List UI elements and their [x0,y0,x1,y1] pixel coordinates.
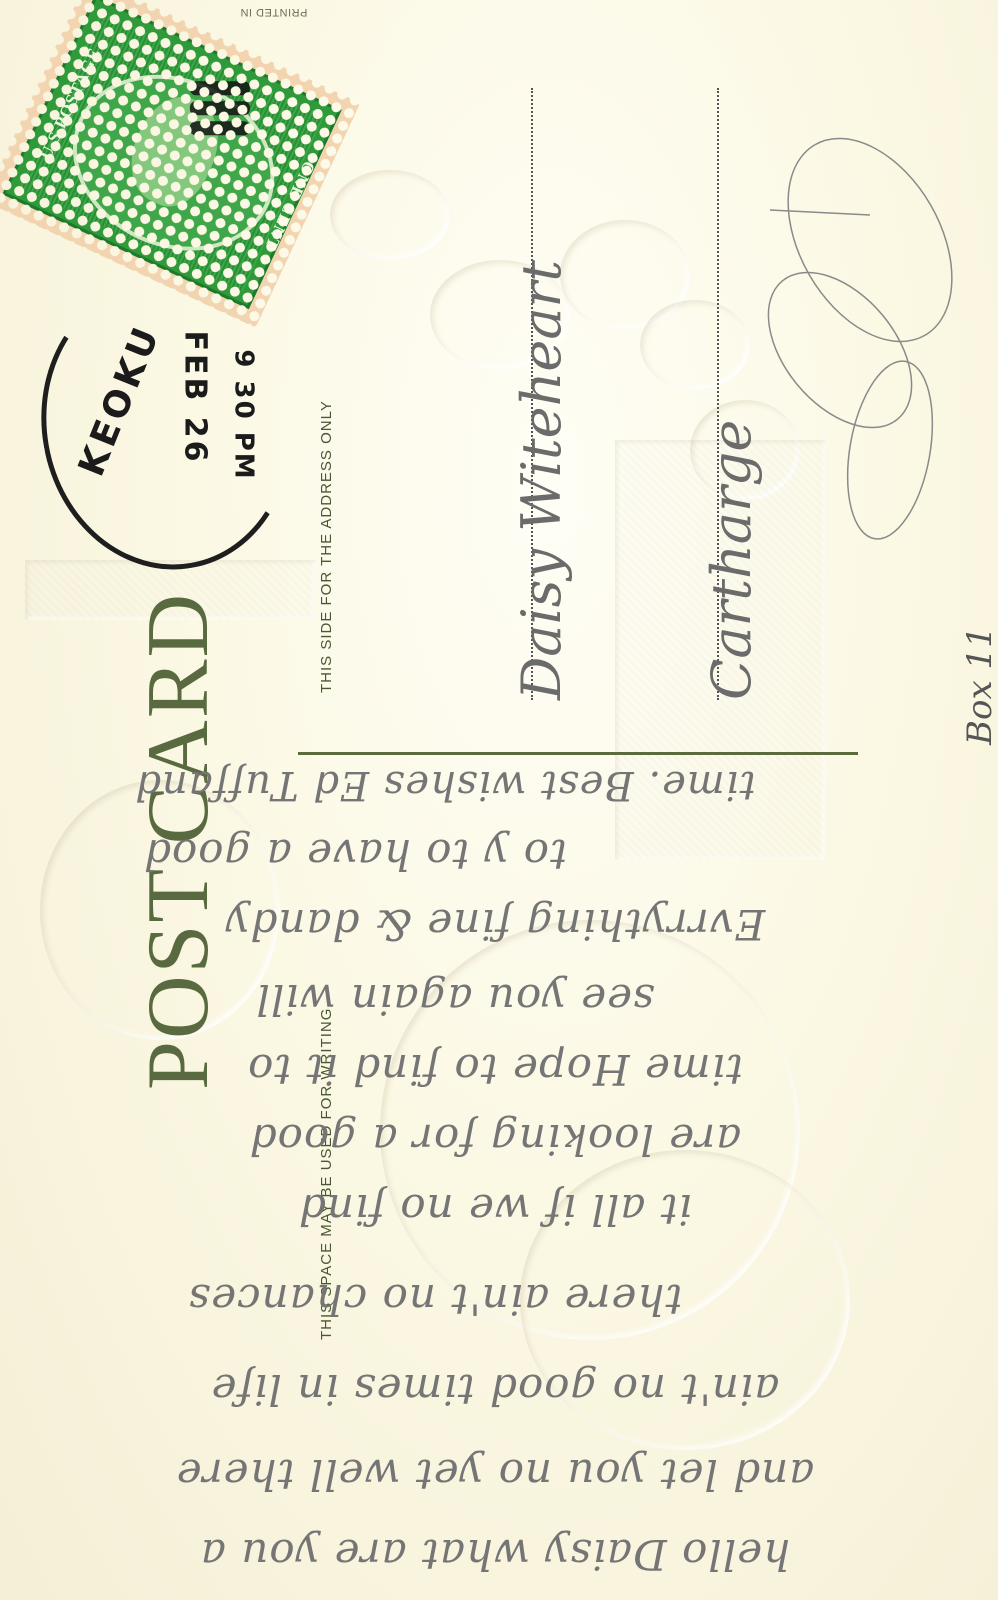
message-line: Evrrything fine & dandy [20,900,970,949]
stamp-design: U.S.POSTAGE ONE CENT [2,0,341,309]
message-line: to y to have a good [0,830,830,879]
recipient-name: Daisy Witeheart [510,260,573,700]
box-note: Box 11 [960,626,998,745]
message-line: see you again will [0,975,930,1024]
cancellation-bars [190,75,250,165]
message-line: hello Daisy what are you a [20,1530,970,1579]
postmark-circle [19,260,316,589]
message-line: it all if we no find [20,1185,970,1234]
divider-line [298,752,858,755]
pencil-flourish [740,120,960,560]
message-line: are looking for a good [20,1115,970,1164]
message-line: time Hope to find it to [20,1045,970,1094]
embossed-flower [560,220,690,330]
message-line: there ain't no chances [0,1275,910,1324]
embossed-flower [330,170,450,260]
embossed-flower [640,300,750,390]
postage-stamp: U.S.POSTAGE ONE CENT [0,0,360,328]
message-line: and let you no yet well there [20,1450,970,1499]
message-line: ain't no good times in life [20,1365,970,1414]
postmark-time: 9 30 PM [229,349,259,480]
postmark-date: FEB 26 [178,330,213,464]
address-instruction: THIS SIDE FOR THE ADDRESS ONLY [318,400,335,693]
printed-in-label: PRINTED IN [240,6,307,18]
postcard-back: PRINTED IN U.S.POSTAGE ONE CENT KEOKU FE… [0,0,998,1600]
message-line: time. Best wishes Ed Tuffand [0,762,920,808]
